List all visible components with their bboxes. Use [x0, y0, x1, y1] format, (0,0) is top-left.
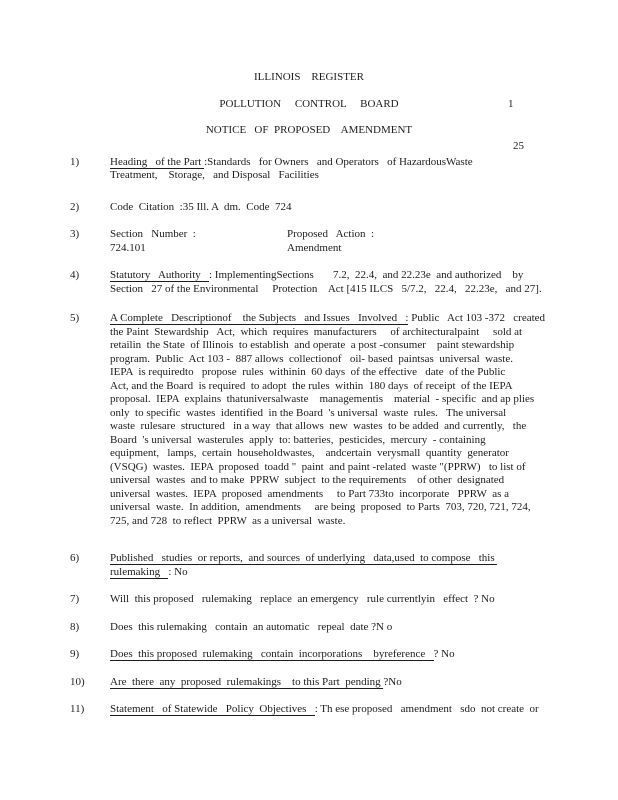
plain-text: : No	[168, 566, 187, 578]
text-line: IEPA is requiredto propose rules withini…	[110, 366, 562, 380]
text-line: Code Citation :35 Ill. A dm. Code 724	[110, 201, 562, 215]
text-line: Act, and the Board is required to adopt …	[110, 380, 562, 394]
plain-text: ?No	[383, 676, 401, 688]
item-number: 9)	[70, 648, 110, 662]
underlined-text: A Complete Descriptionof the Subjects an…	[110, 312, 408, 325]
text-line: retailin the State of Illinois to establ…	[110, 339, 562, 353]
text-line: Will this proposed rulemaking replace an…	[110, 593, 562, 607]
column-text: Proposed Action :	[287, 228, 374, 242]
text-line: only to specific wastes identified in th…	[110, 407, 562, 421]
item-text: Code Citation :35 Ill. A dm. Code 724	[110, 201, 562, 215]
plain-text: Public Act 103 -372 created	[408, 312, 545, 324]
text-line: (VSQG) wastes. IEPA proposed toadd " pai…	[110, 461, 562, 475]
plain-text: :Standards for Owners and Operators of H…	[204, 156, 473, 168]
plain-text: the Paint Stewardship Act, which require…	[110, 326, 522, 338]
list-item: 5)A Complete Descriptionof the Subjects …	[0, 312, 618, 528]
plain-text: IEPA is requiredto propose rules withini…	[110, 366, 505, 378]
plain-text: universal wastes. IEPA proposed amendmen…	[110, 488, 509, 500]
item-text: Does this proposed rulemaking contain in…	[110, 648, 562, 662]
text-line: rulemaking : No	[110, 566, 562, 580]
underlined-text: rulemaking	[110, 566, 168, 579]
plain-text: 725, and 728 to reflect PPRW as a univer…	[110, 515, 345, 527]
plain-text: : Th ese proposed amendment sdo not crea…	[315, 703, 539, 715]
item-text: Heading of the Part :Standards for Owner…	[110, 156, 562, 183]
item-number: 1)	[70, 156, 110, 183]
underlined-text: Heading of the Part	[110, 156, 204, 169]
document-page: ILLINOIS REGISTER POLLUTION CONTROL BOAR…	[0, 0, 618, 800]
column-text: Amendment	[287, 242, 341, 256]
text-line: 725, and 728 to reflect PPRW as a univer…	[110, 515, 562, 529]
text-line: universal waste. In addition, amendments…	[110, 501, 562, 515]
plain-text: Does this rulemaking contain an automati…	[110, 621, 392, 633]
column-text: 724.101	[110, 242, 287, 256]
text-line: Board 's universal wasterules apply to: …	[110, 434, 562, 448]
item-text: Statement of Statewide Policy Objectives…	[110, 703, 562, 717]
item-text: Will this proposed rulemaking replace an…	[110, 593, 562, 607]
plain-text: Code Citation :35 Ill. A dm. Code 724	[110, 201, 292, 213]
item-number: 10)	[70, 676, 110, 690]
list-item: 11)Statement of Statewide Policy Objecti…	[0, 703, 618, 717]
plain-text: ? No	[434, 648, 455, 660]
plain-text: equipment, lamps, certain householdwaste…	[110, 447, 509, 459]
item-text: Does this rulemaking contain an automati…	[110, 621, 562, 635]
underlined-text: Are there any proposed rulemakings to th…	[110, 676, 383, 689]
list-item: 9)Does this proposed rulemaking contain …	[0, 648, 618, 662]
item-number: 7)	[70, 593, 110, 607]
list-item: 8)Does this rulemaking contain an automa…	[0, 621, 618, 635]
text-line: Does this proposed rulemaking contain in…	[110, 648, 562, 662]
text-line: waste rulesare structured in a way that …	[110, 420, 562, 434]
plain-text: universal waste. In addition, amendments…	[110, 501, 531, 513]
text-line: Does this rulemaking contain an automati…	[110, 621, 562, 635]
plain-text: Will this proposed rulemaking replace an…	[110, 593, 495, 605]
text-line: Heading of the Part :Standards for Owner…	[110, 156, 562, 170]
list-item: 7)Will this proposed rulemaking replace …	[0, 593, 618, 607]
text-line: A Complete Descriptionof the Subjects an…	[110, 312, 562, 326]
text-line: Section Number :Proposed Action :	[110, 228, 562, 242]
list-item: 1)Heading of the Part :Standards for Own…	[0, 156, 618, 183]
list-item: 10)Are there any proposed rulemakings to…	[0, 676, 618, 690]
underlined-text: Statutory Authority	[110, 269, 209, 282]
board-title: POLLUTION CONTROL BOARD	[0, 98, 618, 112]
list-item: 6)Published studies or reports, and sour…	[0, 552, 618, 579]
plain-text: : ImplementingSections 7.2, 22.4, and 22…	[209, 269, 523, 281]
text-line: 724.101Amendment	[110, 242, 562, 256]
list-item: 2)Code Citation :35 Ill. A dm. Code 724	[0, 201, 618, 215]
text-line: Treatment, Storage, and Disposal Facilit…	[110, 169, 562, 183]
document-header: ILLINOIS REGISTER POLLUTION CONTROL BOAR…	[0, 0, 618, 138]
underlined-text: Does this proposed rulemaking contain in…	[110, 648, 434, 661]
item-text: A Complete Descriptionof the Subjects an…	[110, 312, 562, 528]
text-line: universal wastes and to make PPRW subjec…	[110, 474, 562, 488]
list-item: 3)Section Number :Proposed Action :724.1…	[0, 228, 618, 255]
plain-text: Board 's universal wasterules apply to: …	[110, 434, 486, 446]
item-text: Published studies or reports, and source…	[110, 552, 562, 579]
plain-text: Section 27 of the Environmental Protecti…	[110, 283, 542, 295]
list-item: 4)Statutory Authority : ImplementingSect…	[0, 269, 618, 296]
text-line: Published studies or reports, and source…	[110, 552, 562, 566]
column-text: Section Number :	[110, 228, 287, 242]
plain-text: waste rulesare structured in a way that …	[110, 420, 526, 432]
item-number: 11)	[70, 703, 110, 717]
text-line: program. Public Act 103 - 887 allows col…	[110, 353, 562, 367]
item-number: 8)	[70, 621, 110, 635]
text-line: Section 27 of the Environmental Protecti…	[110, 283, 562, 297]
underlined-text: Statement of Statewide Policy Objectives	[110, 703, 315, 716]
item-text: Section Number :Proposed Action :724.101…	[110, 228, 562, 255]
plain-text: retailin the State of Illinois to establ…	[110, 339, 514, 351]
plain-text: universal wastes and to make PPRW subjec…	[110, 474, 504, 486]
text-line: Statement of Statewide Policy Objectives…	[110, 703, 562, 717]
item-number: 3)	[70, 228, 110, 255]
item-text: Statutory Authority : ImplementingSectio…	[110, 269, 562, 296]
plain-text: Treatment, Storage, and Disposal Facilit…	[110, 169, 319, 181]
plain-text: Act, and the Board is required to adopt …	[110, 380, 513, 392]
register-title: ILLINOIS REGISTER	[0, 71, 618, 85]
notice-title: NOTICE OF PROPOSED AMENDMENT	[0, 124, 618, 138]
page-number: 1	[504, 97, 524, 111]
underlined-text: Published studies or reports, and source…	[110, 552, 497, 565]
item-number: 2)	[70, 201, 110, 215]
plain-text: (VSQG) wastes. IEPA proposed toadd " pai…	[110, 461, 526, 473]
issue-number: 25	[504, 139, 524, 153]
text-line: universal wastes. IEPA proposed amendmen…	[110, 488, 562, 502]
plain-text: proposal. IEPA explains thatuniversalwas…	[110, 393, 534, 405]
text-line: proposal. IEPA explains thatuniversalwas…	[110, 393, 562, 407]
items-list: 1)Heading of the Part :Standards for Own…	[0, 156, 618, 717]
item-number: 4)	[70, 269, 110, 296]
item-number: 6)	[70, 552, 110, 579]
text-line: Statutory Authority : ImplementingSectio…	[110, 269, 562, 283]
text-line: Are there any proposed rulemakings to th…	[110, 676, 562, 690]
text-line: equipment, lamps, certain householdwaste…	[110, 447, 562, 461]
page-numbers: 1 25	[504, 69, 524, 181]
text-line: the Paint Stewardship Act, which require…	[110, 326, 562, 340]
item-number: 5)	[70, 312, 110, 528]
plain-text: only to specific wastes identified in th…	[110, 407, 506, 419]
item-text: Are there any proposed rulemakings to th…	[110, 676, 562, 690]
plain-text: program. Public Act 103 - 887 allows col…	[110, 353, 513, 365]
